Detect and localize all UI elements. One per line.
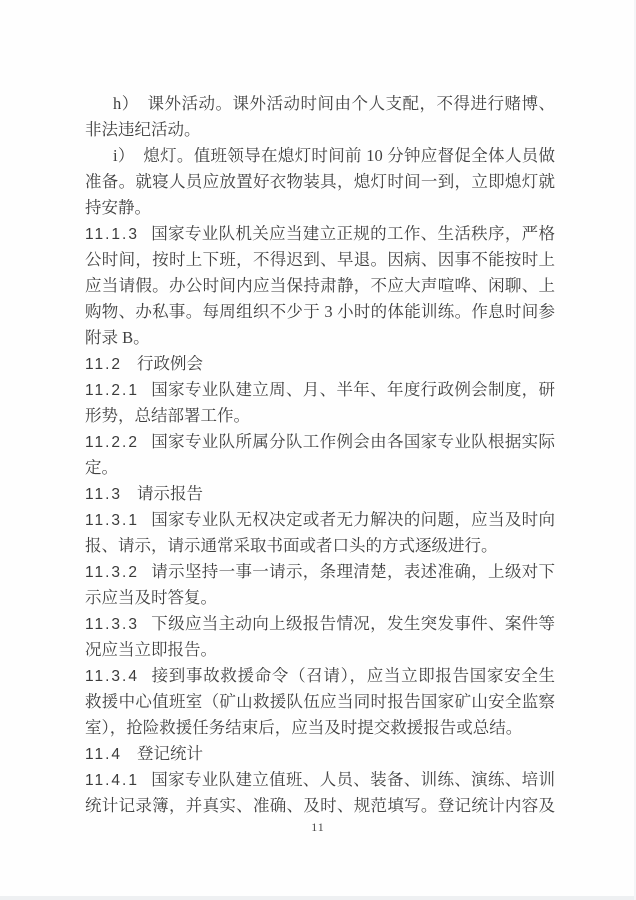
clause-11-1-3-line-1: 11.1.3国家专业队机关应当建立正规的工作、生活秩序，严格执行办	[85, 221, 555, 247]
clause-11-3-4-line-2: 救援中心值班室（矿山救援队伍应当同时报告国家矿山安全监察局值班	[85, 689, 555, 715]
clause-number: 11.3.1	[85, 512, 139, 529]
clause-text: 下级应当主动向上级报告情况，发生突发事件、案件等特殊情	[85, 614, 555, 637]
clause-number: 11.1.3	[85, 226, 139, 243]
clause-number: 11.2	[85, 356, 122, 373]
document-page: h） 课外活动。课外活动时间由个人支配，不得进行赌博、酗酒等 非法违纪活动。 i…	[0, 0, 636, 900]
clause-11-3-3-line-1: 11.3.3下级应当主动向上级报告情况，发生突发事件、案件等特殊情	[85, 611, 555, 637]
clause-text: 请示坚持一事一请示，条理清楚，表述准确，上级对下级的请	[85, 562, 555, 585]
clause-11-2-1-line-1: 11.2.1国家专业队建立周、月、半年、年度行政例会制度，研究分析	[85, 377, 555, 403]
clause-text: 国家专业队建立值班、人员、装备、训练、演练、培训等登记	[85, 770, 555, 793]
heading-text: 登记统计	[137, 744, 203, 763]
clause-11-3-2-line-2: 示应当及时答复。	[85, 585, 555, 611]
document-text-block: h） 课外活动。课外活动时间由个人支配，不得进行赌博、酗酒等 非法违纪活动。 i…	[85, 91, 555, 819]
clause-number: 11.3.3	[85, 616, 139, 633]
clause-number: 11.2.1	[85, 382, 139, 399]
clause-11-3-1-line-1: 11.3.1国家专业队无权决定或者无力解决的问题，应当及时向上级汇	[85, 507, 555, 533]
list-item-h-line-1: h） 课外活动。课外活动时间由个人支配，不得进行赌博、酗酒等	[85, 91, 555, 117]
heading-11-2: 11.2行政例会	[85, 351, 555, 377]
clause-11-4-1-line-1: 11.4.1国家专业队建立值班、人员、装备、训练、演练、培训等登记	[85, 767, 555, 793]
page-number: 11	[0, 820, 636, 835]
clause-number: 11.3.2	[85, 564, 139, 581]
list-item-i-line-3: 持安静。	[85, 195, 555, 221]
clause-11-2-1-line-2: 形势，总结部署工作。	[85, 403, 555, 429]
heading-text: 请示报告	[137, 484, 203, 503]
clause-11-2-2-line-2: 定。	[85, 455, 555, 481]
clause-11-1-3-line-4: 购物、办私事。每周组织不少于 3 小时的体能训练。作息时间参考表见	[85, 299, 555, 325]
scan-edge-bottom	[0, 896, 636, 900]
clause-text: 国家专业队无权决定或者无力解决的问题，应当及时向上级汇	[85, 510, 555, 533]
list-item-i-line-2: 准备。就寝人员应放置好衣物装具，熄灯时间一到，立即熄灯就寝，保	[85, 169, 555, 195]
clause-11-3-1-line-2: 报、请示，请示通常采取书面或者口头的方式逐级进行。	[85, 533, 555, 559]
heading-text: 行政例会	[137, 354, 203, 373]
clause-number: 11.4	[85, 746, 122, 763]
clause-text: 国家专业队所属分队工作例会由各国家专业队根据实际情况规	[85, 432, 555, 455]
clause-number: 11.2.2	[85, 434, 139, 451]
list-item-i-line-1: i） 熄灯。值班领导在熄灯时间前 10 分钟应督促全体人员做好就寝	[85, 143, 555, 169]
clause-11-3-4-line-1: 11.3.4接到事故救援命令（召请），应当立即报告国家安全生产应急	[85, 663, 555, 689]
clause-11-3-2-line-1: 11.3.2请示坚持一事一请示，条理清楚，表述准确，上级对下级的请	[85, 559, 555, 585]
clause-11-1-3-line-5: 附录 B。	[85, 325, 555, 351]
heading-11-4: 11.4登记统计	[85, 741, 555, 767]
list-item-h-line-2: 非法违纪活动。	[85, 117, 555, 143]
heading-11-3: 11.3请示报告	[85, 481, 555, 507]
clause-number: 11.3	[85, 486, 122, 503]
clause-11-2-2-line-1: 11.2.2国家专业队所属分队工作例会由各国家专业队根据实际情况规	[85, 429, 555, 455]
clause-number: 11.4.1	[85, 772, 139, 789]
clause-text: 接到事故救援命令（召请），应当立即报告国家安全生产应急	[85, 666, 555, 689]
clause-11-3-4-line-3: 室），抢险救援任务结束后，应当及时提交救援报告或总结。	[85, 715, 555, 741]
clause-11-3-3-line-2: 况应当立即报告。	[85, 637, 555, 663]
clause-number: 11.3.4	[85, 668, 139, 685]
clause-text: 国家专业队建立周、月、半年、年度行政例会制度，研究分析	[85, 380, 555, 403]
clause-11-4-1-line-2: 统计记录簿，并真实、准确、及时、规范填写。登记统计内容及相关本、	[85, 793, 555, 819]
clause-11-1-3-line-3: 应当请假。办公时间内应当保持肃静，不应大声喧哗、闲聊、上网聊天、	[85, 273, 555, 299]
clause-text: 国家专业队机关应当建立正规的工作、生活秩序，严格执行办	[85, 224, 555, 247]
clause-11-1-3-line-2: 公时间，按时上下班，不得迟到、早退。因病、因事不能按时上下班时，	[85, 247, 555, 273]
